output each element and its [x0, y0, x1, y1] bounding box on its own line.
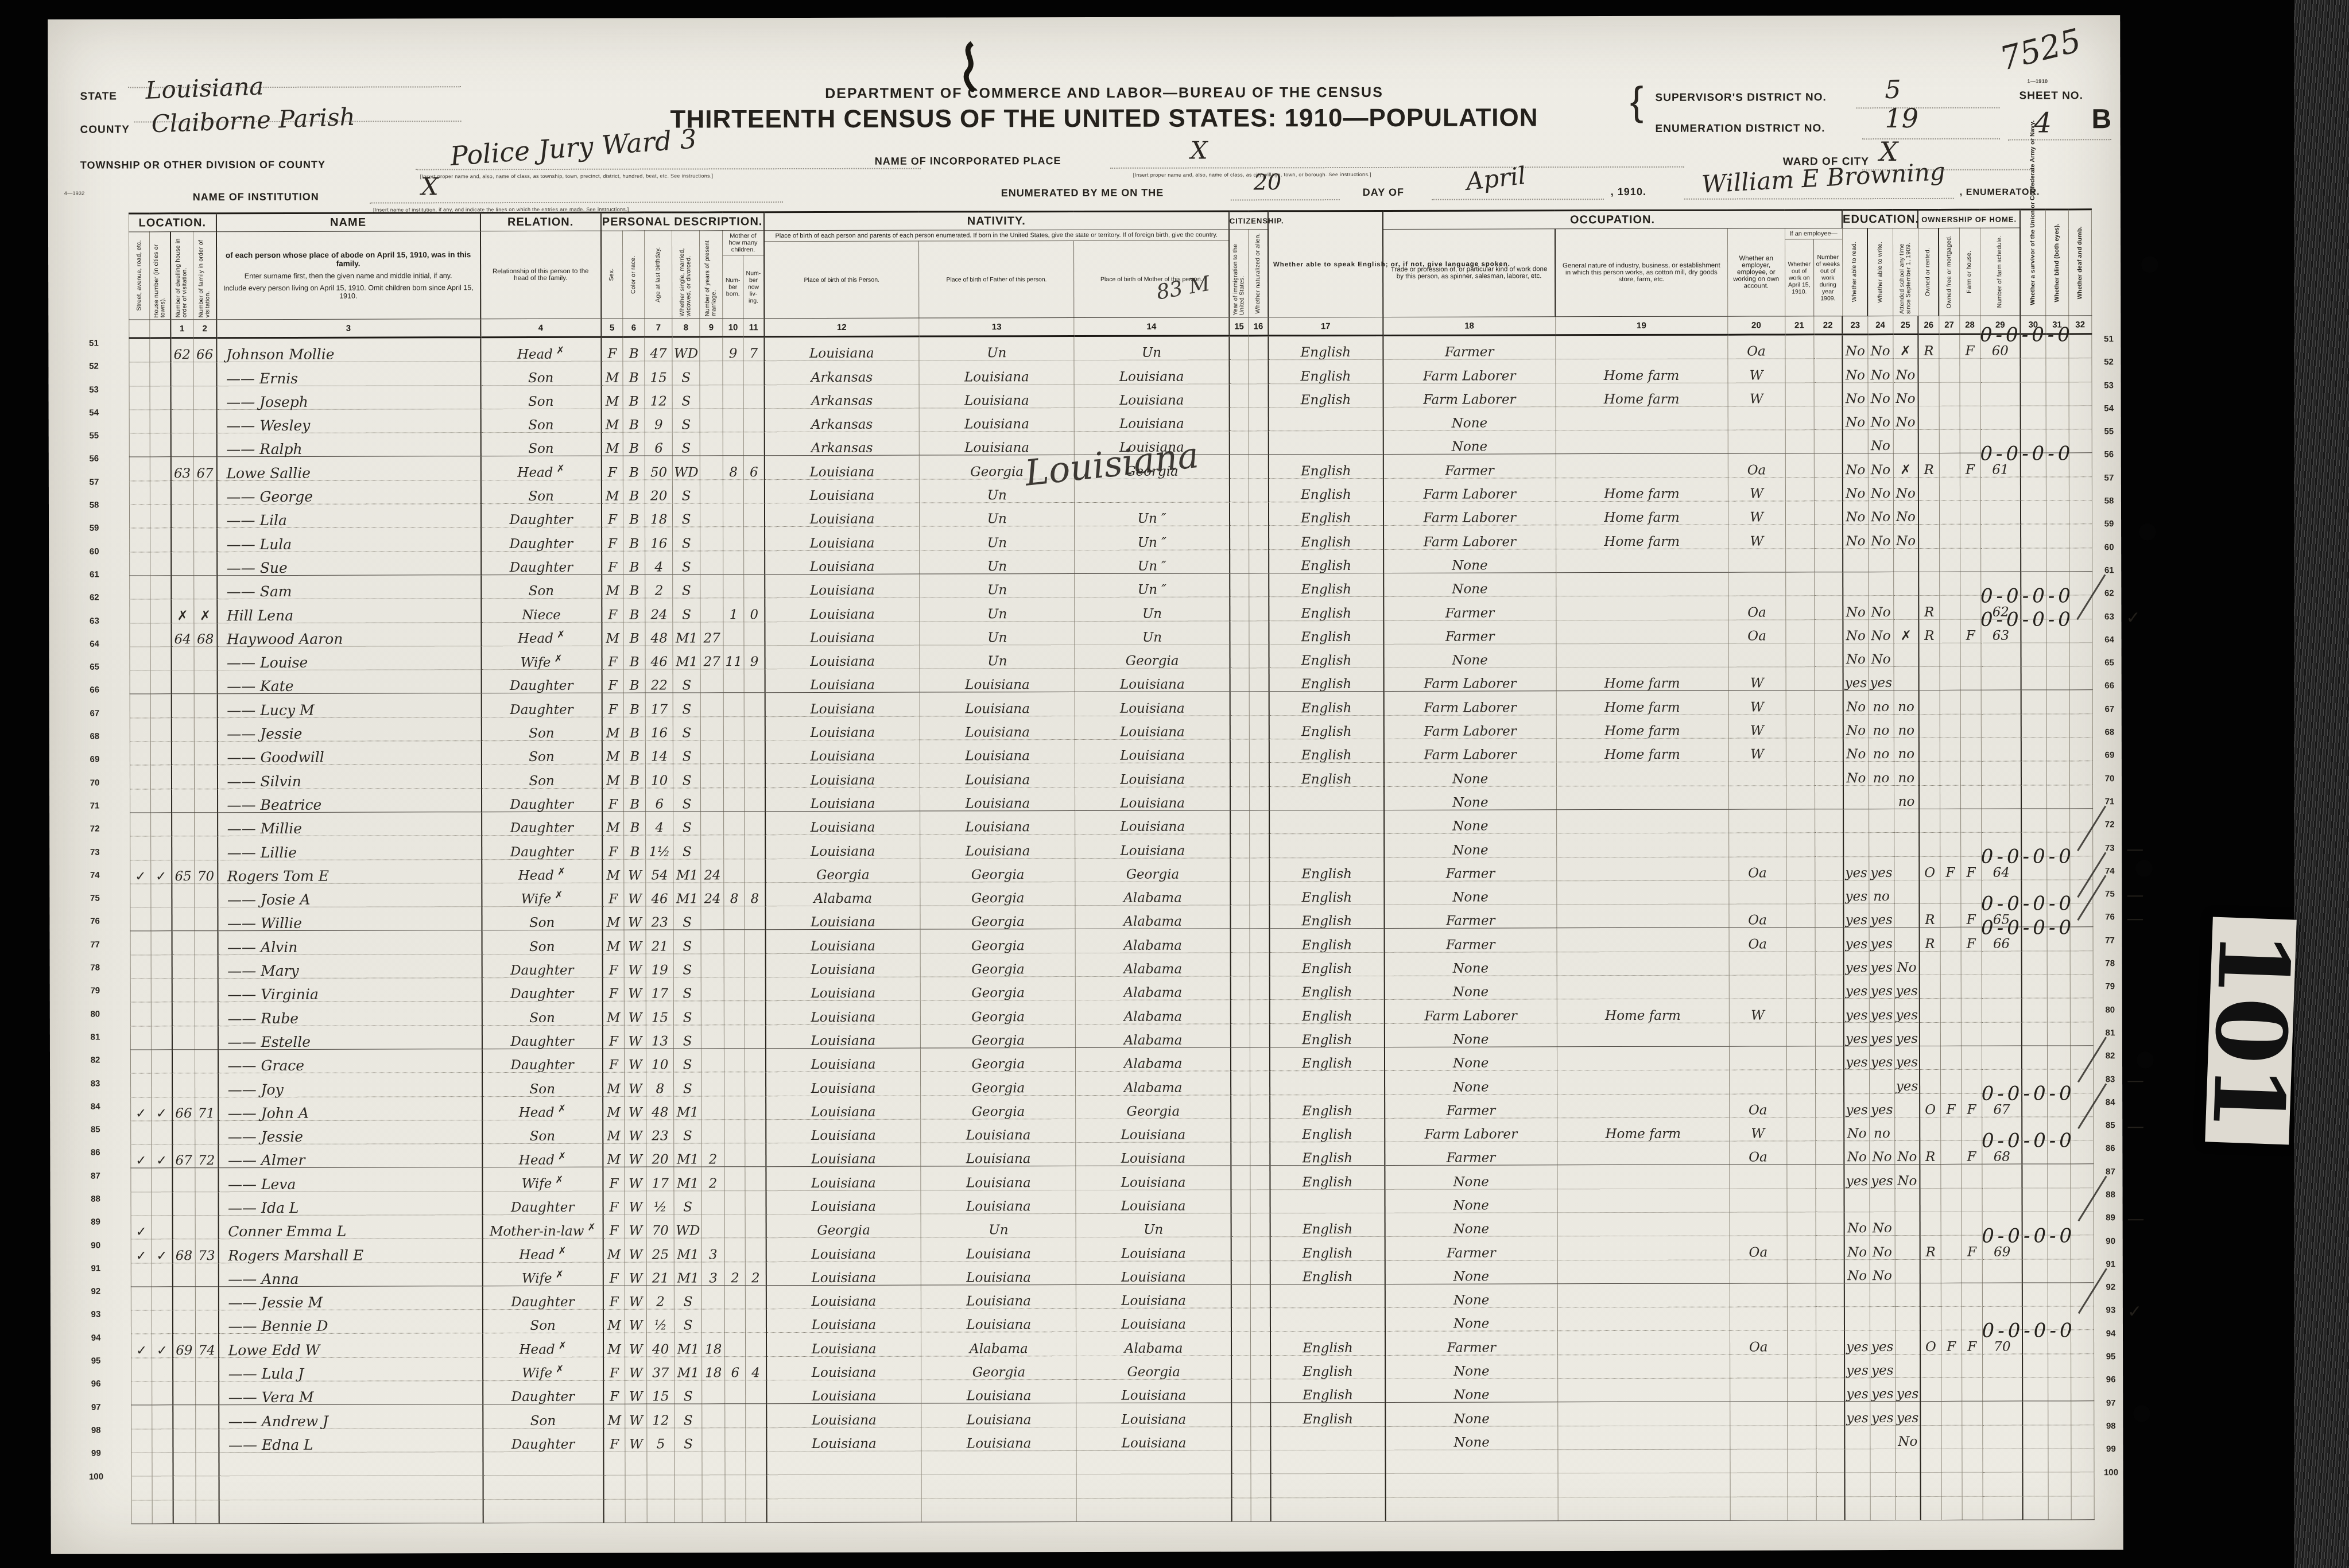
cell	[1940, 643, 1960, 666]
cell	[1231, 1427, 1251, 1450]
cell	[131, 1287, 152, 1310]
cell	[1941, 1449, 1962, 1472]
cell: 63	[170, 457, 193, 480]
line-number: 81	[2097, 1022, 2123, 1045]
cell	[2021, 643, 2046, 666]
cell: Georgia	[765, 859, 920, 883]
cell: 19	[646, 954, 673, 977]
cell: Mother-in-law✗	[482, 1214, 603, 1239]
cell	[131, 1358, 152, 1381]
cell	[724, 953, 745, 977]
cell	[131, 1476, 152, 1500]
county-label: COUNTY	[80, 123, 130, 136]
column-description: Owned or rented.	[1918, 228, 1939, 316]
line-number: 76	[82, 910, 108, 933]
line-number: 84	[82, 1095, 108, 1118]
cell	[745, 1238, 766, 1262]
cell	[129, 504, 150, 528]
cell: B	[623, 432, 645, 456]
cell	[2022, 1046, 2047, 1069]
cell	[1250, 1023, 1270, 1047]
cell	[1960, 525, 1980, 548]
census-record-row: —— LulaDaughterFB16SLouisianaUnUn ″Engli…	[130, 524, 2092, 552]
cell	[1231, 1142, 1250, 1166]
cell: Louisiana	[765, 953, 920, 977]
cell: Louisiana	[1075, 763, 1230, 787]
cell: M1	[675, 1333, 702, 1356]
cell	[172, 1287, 195, 1310]
cell: Un	[1075, 621, 1230, 645]
census-record-row: —— Edna LDaughterFW5SLouisianaLouisianaL…	[131, 1425, 2094, 1452]
cell	[745, 1096, 766, 1119]
cell	[131, 1310, 152, 1334]
cell: Un	[920, 645, 1075, 669]
cell: Un	[920, 526, 1075, 550]
cell	[195, 907, 218, 931]
margin-mark: —	[2126, 839, 2143, 859]
head-flourish: ✗	[556, 1364, 564, 1375]
cell	[1250, 716, 1269, 739]
cell	[1730, 1496, 1788, 1520]
cell	[2070, 1022, 2093, 1045]
cell	[150, 742, 171, 765]
cell	[1918, 500, 1939, 524]
cell: ✗	[1893, 334, 1918, 358]
head-flourish: ✗	[558, 1151, 566, 1162]
cell	[1785, 549, 1814, 572]
cell	[1894, 1093, 1920, 1117]
cell	[1816, 1212, 1844, 1236]
cell	[195, 1026, 218, 1049]
head-flourish: ✗	[557, 866, 565, 878]
column-number	[150, 320, 170, 338]
cell: ✓	[131, 1239, 152, 1263]
line-number: 98	[2098, 1415, 2124, 1438]
cell	[1269, 407, 1383, 431]
cell: Un ″	[1075, 573, 1230, 597]
county-value: Claiborne Parish	[151, 102, 356, 138]
cell	[1231, 1284, 1251, 1308]
name-cell: —— Josie A	[218, 883, 482, 907]
tally-zeros: 0-0-0-0	[1982, 1226, 2075, 1245]
cell: Louisiana	[766, 1333, 921, 1357]
cell: F	[602, 669, 623, 693]
cell	[1728, 643, 1786, 667]
cell	[131, 1192, 152, 1216]
cell: S	[673, 693, 700, 716]
cell: Farm Laborer	[1384, 715, 1556, 739]
cell	[170, 386, 193, 409]
cell	[2046, 382, 2069, 406]
cell	[1251, 1450, 1270, 1474]
name-cell	[219, 1452, 483, 1476]
cell: Louisiana	[765, 550, 920, 575]
cell: English	[1269, 644, 1383, 668]
cell: 13	[646, 1025, 674, 1049]
cell	[603, 1475, 625, 1499]
cell	[152, 1500, 173, 1523]
cell: No	[1844, 1259, 1870, 1283]
cell	[172, 1121, 195, 1144]
cell: M1	[674, 1096, 701, 1119]
cell	[2048, 1377, 2071, 1401]
cell: Son	[483, 1404, 603, 1429]
cell: W	[1728, 690, 1786, 715]
cell	[1788, 1496, 1816, 1520]
cell: W	[625, 1025, 646, 1049]
column-description: Farm or house.	[1959, 228, 1980, 316]
cell	[723, 716, 744, 740]
census-scan-stage: DEPARTMENT OF COMMERCE AND LABOR—BUREAU …	[0, 0, 2349, 1568]
township-label: TOWNSHIP OR OTHER DIVISION OF COUNTY	[80, 159, 325, 172]
cell: 68	[172, 1239, 195, 1263]
cell: Farmer	[1384, 905, 1556, 929]
cell	[1230, 763, 1250, 786]
cell	[1816, 1354, 1844, 1377]
cell: W	[625, 1380, 647, 1404]
cell: S	[673, 717, 700, 740]
cell	[1816, 1259, 1844, 1283]
cell	[701, 1001, 724, 1024]
cell: Un	[920, 574, 1075, 598]
column-number: 8	[672, 319, 700, 337]
cell	[2023, 1449, 2048, 1472]
cell	[130, 836, 151, 860]
cell	[1249, 407, 1269, 431]
cell: 2	[701, 1143, 724, 1167]
cell: F	[603, 1380, 625, 1404]
cell: yes	[1869, 999, 1894, 1022]
cell: S	[674, 1286, 701, 1309]
ink-blot	[955, 40, 989, 92]
cell: No	[1894, 1141, 1920, 1165]
cell	[1962, 1402, 1982, 1425]
handwriting-overlays: Louisiana83 M✓——————✓	[48, 15, 2120, 20]
section-title: LOCATION.	[129, 214, 216, 232]
cell	[1918, 382, 1939, 406]
cell	[151, 955, 172, 979]
cell	[746, 1333, 766, 1356]
cell	[131, 1381, 152, 1405]
column-number: 23	[1842, 316, 1867, 335]
cell: 68	[194, 623, 217, 646]
cell	[152, 1310, 172, 1334]
column-number	[129, 320, 150, 338]
cell: yes	[1844, 975, 1869, 999]
cell	[1230, 882, 1250, 905]
cell: 18	[702, 1333, 725, 1356]
cell: Louisiana	[1076, 1284, 1231, 1309]
cell	[193, 386, 216, 409]
cell: yes	[1894, 1046, 1920, 1069]
cell	[2046, 643, 2069, 666]
cell: Louisiana	[766, 1380, 921, 1404]
column-number: 17	[1268, 317, 1383, 335]
line-number: 62	[2096, 582, 2122, 605]
cell: 17	[645, 693, 673, 716]
line-number: 52	[80, 355, 107, 378]
cell	[1557, 1189, 1729, 1213]
cell: W	[625, 1167, 646, 1190]
line-number: 74	[82, 864, 108, 887]
cell	[1815, 833, 1843, 856]
cell	[1231, 1119, 1250, 1142]
cell: English	[1270, 1260, 1385, 1284]
name-cell: —— Joy	[218, 1073, 482, 1097]
cell: M	[602, 906, 624, 930]
cell: Un	[921, 1214, 1076, 1238]
cell	[723, 693, 744, 716]
cell: Alabama	[1076, 1047, 1231, 1072]
cell	[701, 930, 724, 953]
cell	[130, 1002, 151, 1026]
cell	[1785, 596, 1814, 619]
census-record-row: —— MillieDaughterMB4SLouisianaLouisianaL…	[130, 809, 2093, 836]
cell	[195, 1191, 218, 1215]
column-description: Whether blind (both eyes).	[2053, 222, 2060, 303]
cell	[1557, 1046, 1729, 1070]
cell	[1845, 1449, 1870, 1473]
cell: Daughter	[482, 835, 602, 859]
cell	[1815, 667, 1843, 690]
cell: S	[673, 503, 700, 527]
cell	[171, 647, 194, 670]
cell	[151, 1026, 172, 1049]
cell	[1940, 666, 1960, 690]
column-number: 20	[1727, 316, 1785, 335]
cell: B	[624, 835, 646, 859]
cell	[1939, 572, 1960, 595]
line-number: 79	[82, 980, 108, 1003]
cell	[1940, 1140, 1961, 1164]
cell	[129, 433, 150, 457]
cell	[746, 1380, 766, 1404]
cell: 630-0-0-0	[1981, 619, 2021, 643]
cell: Wife✗	[482, 1262, 603, 1286]
cell	[152, 1216, 172, 1239]
cell: Daughter	[482, 812, 602, 836]
section-title: PERSONAL DESCRIPTION.	[601, 212, 764, 231]
cell	[1940, 619, 1960, 643]
name-cell: Haywood Aaron	[217, 622, 481, 646]
cell	[723, 669, 744, 693]
head-flourish: ✗	[558, 1245, 566, 1257]
cell	[766, 1499, 921, 1523]
cell: yes	[1894, 975, 1920, 998]
census-record-row: —— BeatriceDaughterFB6SLouisianaLouisian…	[130, 785, 2093, 812]
cell: B	[623, 693, 645, 717]
cell	[1920, 1046, 1940, 1069]
cell	[1939, 429, 1960, 453]
census-table: LOCATION.NAMERELATION.PERSONAL DESCRIPTI…	[129, 208, 2095, 1524]
cell	[171, 742, 194, 765]
cell	[150, 647, 171, 670]
cell	[746, 1499, 766, 1522]
cell	[1960, 406, 1980, 429]
cell: W	[624, 906, 646, 930]
cell	[1962, 1496, 1983, 1520]
cell: Louisiana	[765, 645, 920, 669]
cell	[1230, 502, 1249, 526]
cell: Louisiana	[920, 787, 1075, 811]
cell: Alabama	[1076, 1332, 1231, 1356]
name-cell: —— Edna L	[219, 1428, 483, 1452]
name-cell: —— Sam	[217, 575, 481, 599]
line-number: 89	[83, 1211, 109, 1234]
cell	[701, 812, 724, 835]
line-number: 65	[82, 656, 108, 679]
cell	[1869, 833, 1894, 856]
tally-zeros: 0-0-0-0	[1982, 1084, 2075, 1103]
cell	[1249, 455, 1269, 478]
line-number: 97	[2098, 1392, 2124, 1415]
cell: ✗	[171, 599, 194, 623]
cell: No	[1870, 1236, 1895, 1259]
cell	[1728, 572, 1785, 596]
cell	[1250, 1047, 1270, 1071]
cell	[700, 409, 723, 432]
cell	[171, 576, 194, 599]
cell	[1919, 785, 1940, 809]
cell	[744, 693, 765, 716]
cell	[1231, 1237, 1251, 1260]
cell	[195, 1310, 218, 1334]
cell	[1816, 1236, 1844, 1259]
cell: F	[1962, 1330, 1982, 1354]
cell: S	[673, 788, 701, 812]
cell	[1231, 1497, 1251, 1521]
cell	[1815, 714, 1843, 738]
cell	[1269, 810, 1384, 834]
cell: Louisiana	[766, 1237, 921, 1262]
cell: No	[1869, 619, 1894, 643]
cell	[2021, 477, 2046, 500]
cell: Farm Laborer	[1383, 502, 1556, 526]
cell	[1229, 360, 1249, 383]
cell: 27	[700, 622, 723, 645]
cell	[2069, 714, 2092, 738]
cell	[1556, 454, 1728, 478]
cell: 24	[701, 859, 724, 882]
cell	[131, 1429, 152, 1453]
cell	[172, 884, 195, 907]
cell	[1940, 833, 1960, 856]
cell	[1785, 359, 1814, 382]
enumerator-label: , ENUMERATOR.	[1960, 188, 2040, 198]
cell	[1230, 455, 1249, 478]
cell: None	[1385, 1402, 1557, 1426]
cell: 8	[646, 1072, 674, 1096]
cell	[196, 1429, 219, 1452]
cell	[2022, 951, 2047, 975]
cell	[725, 1451, 746, 1475]
column-description: Number of family in order of visitation.	[193, 232, 216, 320]
section-title: NAME	[216, 213, 480, 232]
cell	[1230, 739, 1250, 763]
cell	[1786, 738, 1815, 762]
cell: No	[1870, 1259, 1895, 1283]
column-number: 10	[723, 319, 743, 337]
cell: Home farm	[1556, 525, 1728, 549]
cell	[1982, 1046, 2022, 1069]
cell	[1230, 620, 1249, 644]
cell	[1894, 904, 1920, 927]
name-cell: —— Anna	[218, 1262, 482, 1286]
census-record-row: ✓Conner Emma LMother-in-law✗FW70WDGeorgi…	[131, 1212, 2094, 1239]
cell	[724, 1001, 745, 1024]
cell: 18	[702, 1357, 725, 1380]
section-title: Whether blind (both eyes).	[2045, 209, 2068, 316]
cell	[1730, 1378, 1787, 1402]
cell: Georgia	[920, 977, 1075, 1001]
cell: Louisiana	[920, 716, 1075, 740]
cell	[1960, 500, 1980, 524]
cell	[1814, 453, 1843, 477]
head-flourish: ✗	[557, 629, 565, 641]
cell	[702, 1427, 725, 1451]
cell: F	[1962, 1236, 1982, 1259]
line-number: 79	[2097, 976, 2123, 999]
cell: W	[1729, 1117, 1786, 1142]
column-number: 15	[1229, 317, 1249, 336]
cell: Son	[482, 1002, 602, 1026]
cell: None	[1385, 1165, 1557, 1189]
cell: None	[1384, 833, 1556, 857]
line-number: 64	[81, 632, 107, 655]
cell: Louisiana	[1075, 716, 1230, 740]
cell	[1980, 382, 2021, 406]
cell	[1556, 880, 1728, 905]
line-number: 69	[2096, 744, 2123, 767]
cell: English	[1270, 1095, 1385, 1119]
census-record-row: —— ErnisSonMB15SArkansasLouisianaLouisia…	[129, 358, 2092, 386]
cell: None	[1385, 1426, 1557, 1450]
cell	[647, 1451, 675, 1475]
section-title: Whether a survivor of the Union or Confe…	[2020, 209, 2045, 316]
cell	[1896, 1496, 1921, 1520]
cell	[2069, 761, 2092, 785]
cell	[1251, 1379, 1270, 1403]
cell	[1815, 1093, 1844, 1117]
cell	[130, 1050, 151, 1073]
cell	[1981, 690, 2021, 714]
cell	[1814, 548, 1843, 572]
cell: S	[675, 1404, 702, 1427]
cell: 48	[646, 1096, 674, 1120]
cell	[1230, 526, 1249, 549]
cell	[2070, 951, 2093, 975]
cell	[131, 1073, 152, 1097]
cell	[1940, 951, 1961, 975]
cell	[1981, 761, 2021, 785]
cell	[744, 550, 765, 574]
cell	[1251, 1356, 1270, 1379]
cell	[700, 550, 723, 574]
cell: Louisiana	[1076, 1261, 1231, 1285]
sub-column-label: Whether out of work on April 15, 1910.	[1785, 239, 1813, 316]
column-number: 24	[1867, 316, 1893, 335]
cell: W	[624, 977, 646, 1001]
cell	[1941, 1212, 1962, 1235]
cell	[1270, 1426, 1385, 1450]
cell: No	[1870, 1212, 1895, 1236]
cell: W	[625, 1143, 646, 1167]
cell	[700, 432, 723, 456]
cell: Oa	[1728, 856, 1786, 880]
cell: 72	[195, 1144, 218, 1168]
cell: English	[1268, 335, 1383, 360]
column-number: 27	[1939, 316, 1959, 334]
